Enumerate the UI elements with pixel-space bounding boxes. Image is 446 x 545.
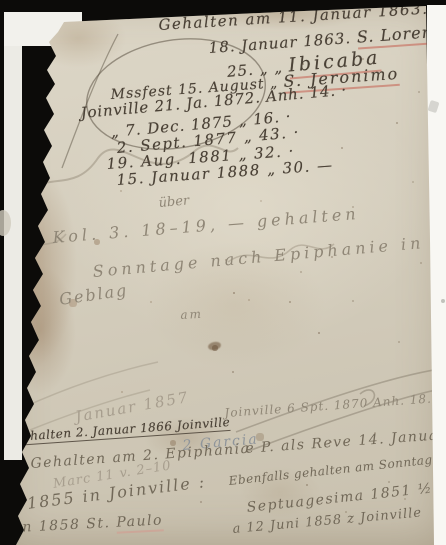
paper-stain-speckles	[0, 0, 2, 2]
note-ort: Geblag	[58, 280, 129, 308]
manuscript-page: Gehalten am 11. Januar 1863. Limeira 18.…	[0, 0, 446, 545]
note-ueber: über	[158, 193, 190, 211]
note-am: am	[180, 307, 203, 322]
note-sonntage: Sonntage nach Epiphanie in	[92, 233, 425, 281]
entry-st-paulo: in 1858 St. Paulo	[16, 512, 163, 536]
entry-st-paulo-date: in 1858 St.	[16, 515, 117, 536]
entry-st-paulo-place: Paulo	[116, 512, 163, 533]
ink-blot	[207, 341, 221, 352]
scanner-backing-strip-left	[4, 12, 22, 460]
scanner-smudge	[441, 299, 445, 303]
note-joinville-1870: Joinville 6 Spt. 1870 Anh. 18.	[224, 392, 432, 420]
scanned-document: Gehalten am 11. Januar 1863. Limeira 18.…	[0, 0, 446, 545]
note-kolosser: Kol. 3. 18–19, — gehalten	[52, 204, 360, 247]
